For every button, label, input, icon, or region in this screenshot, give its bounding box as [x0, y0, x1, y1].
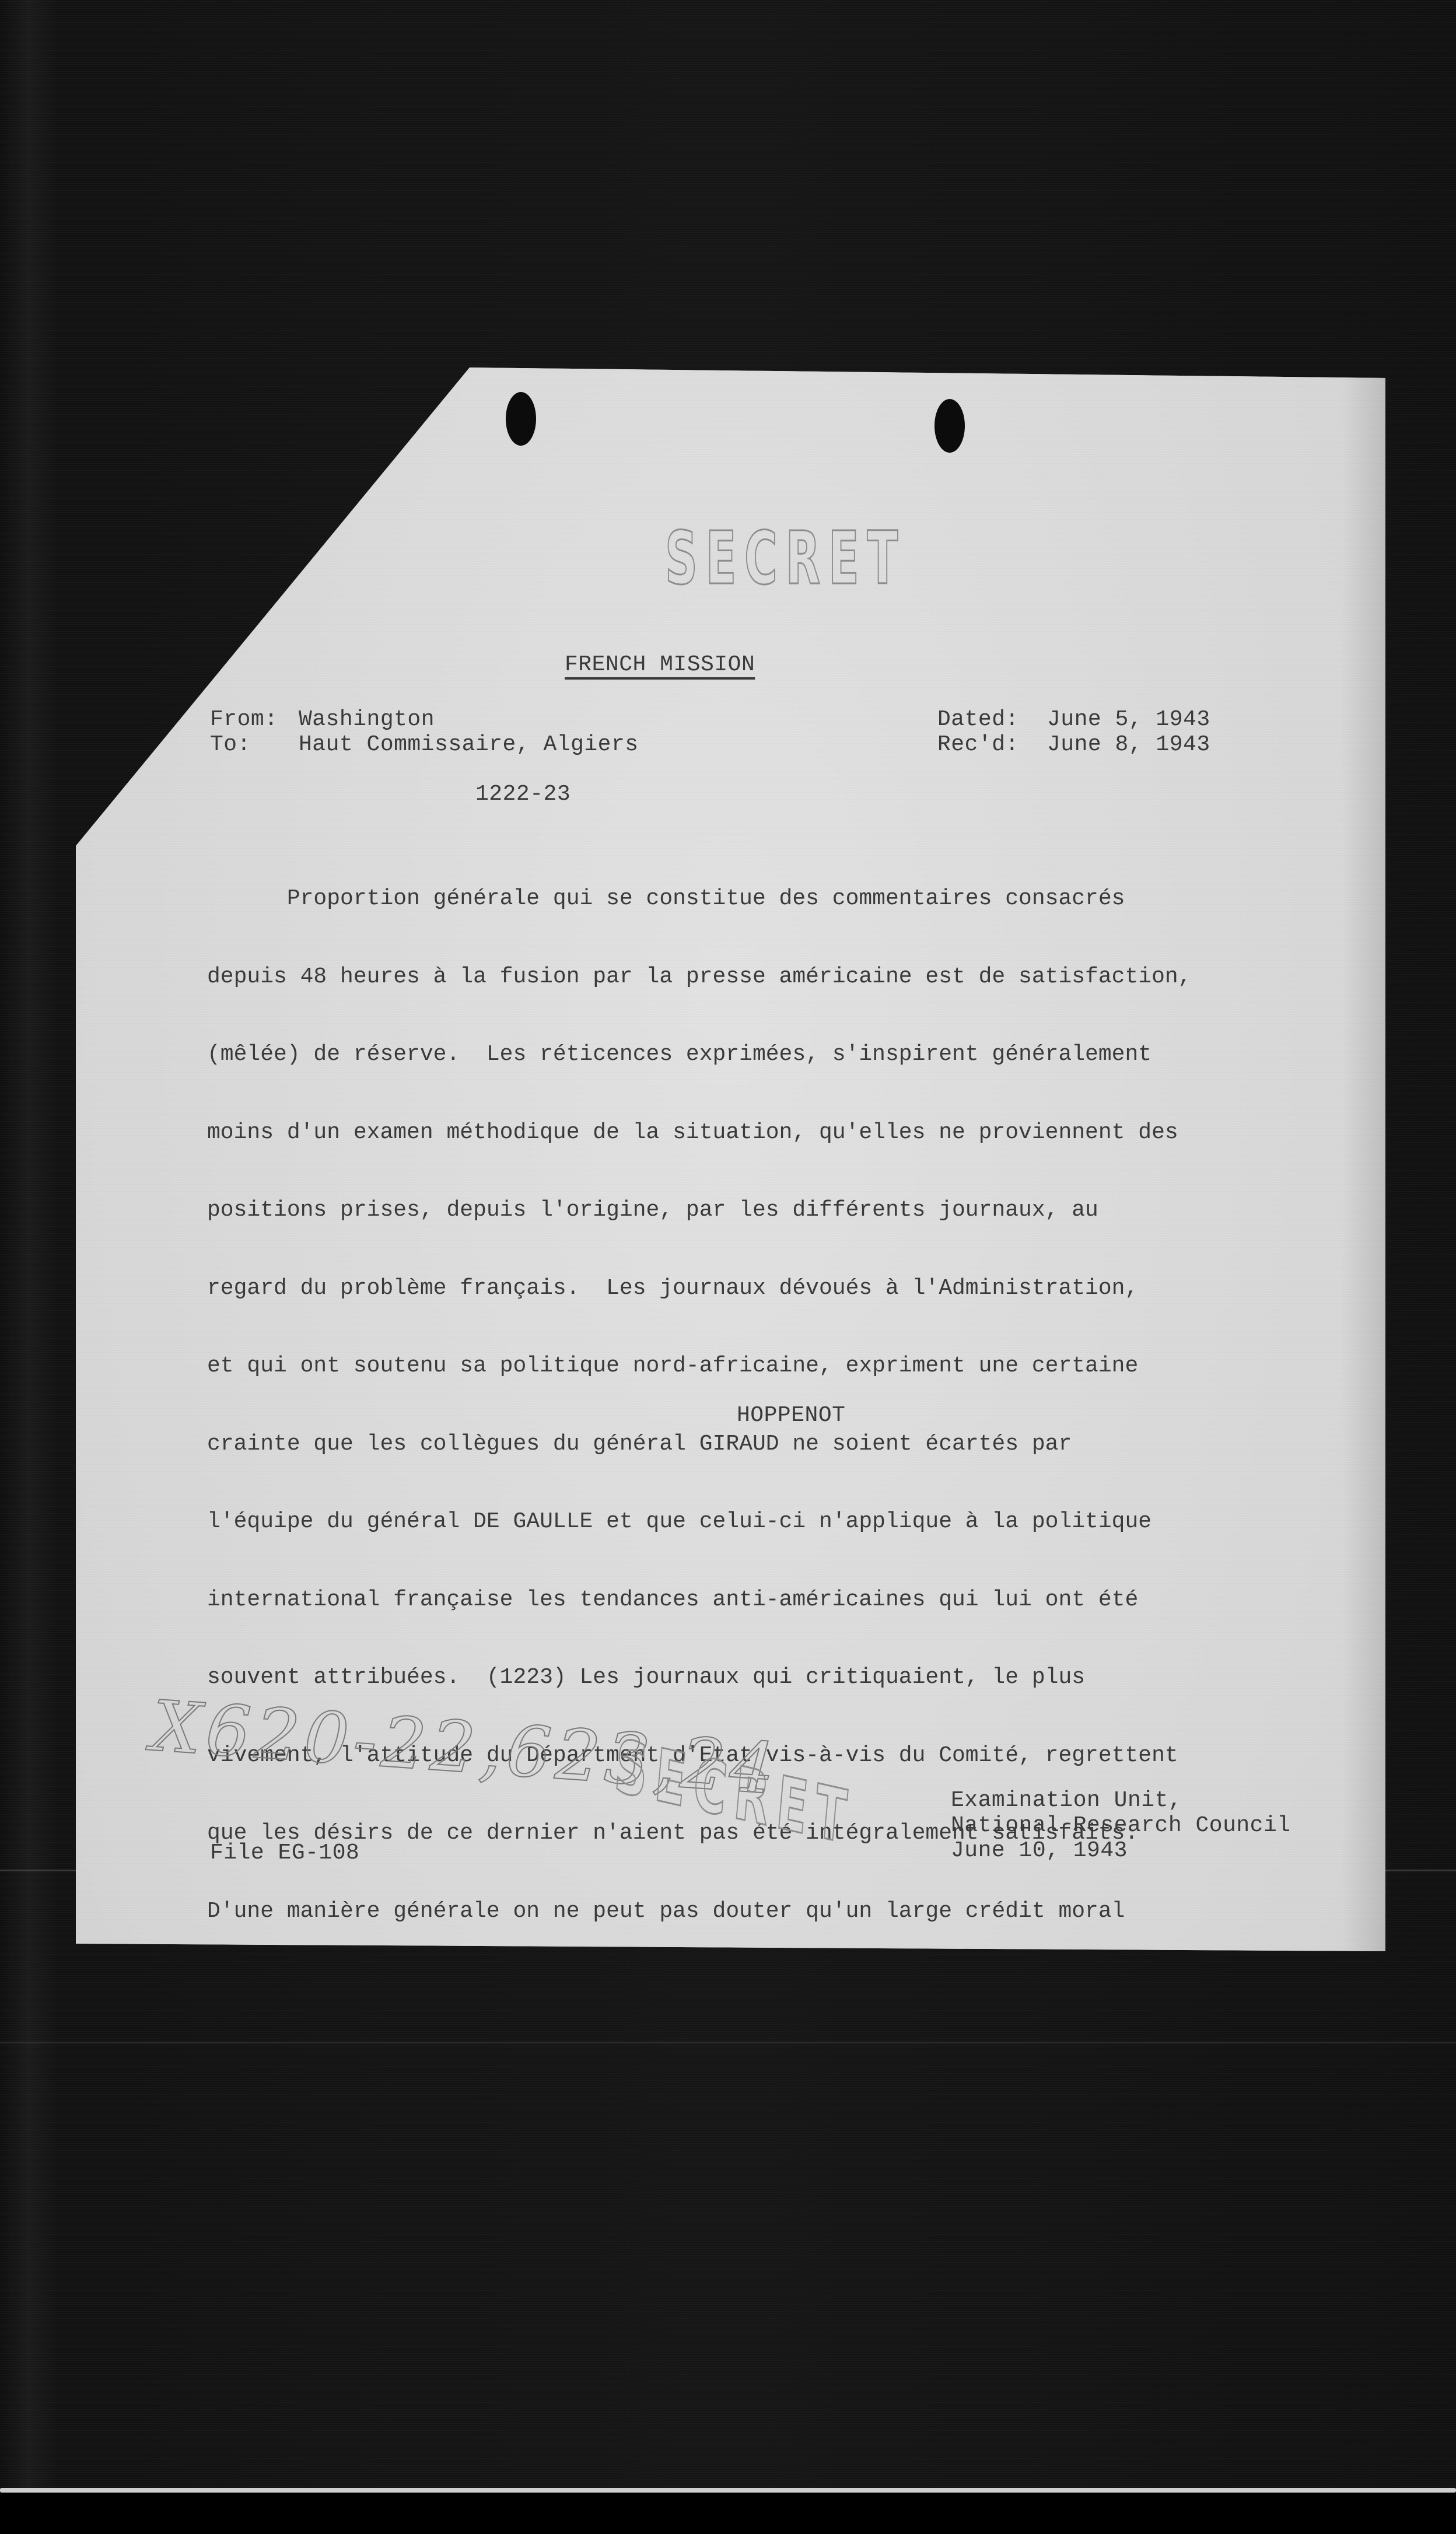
body-line: positions prises, depuis l'origine, par … [207, 1198, 1191, 1224]
body-line: depuis 48 heures à la fusion par la pres… [207, 964, 1191, 991]
to-label: To: [210, 732, 251, 757]
received-value: June 8, 1943 [1047, 732, 1210, 757]
from-value: Washington [299, 707, 435, 732]
body-line: (mêlée) de réserve. Les réticences expri… [207, 1042, 1191, 1068]
message-number: 1222-23 [475, 782, 570, 807]
body-line: l'équipe du général DE GAULLE et que cel… [207, 1509, 1191, 1535]
examination-unit-line2: National Research Council [951, 1813, 1291, 1838]
body-line: Proportion générale qui se constitue des… [207, 886, 1191, 912]
examination-unit-date: June 10, 1943 [951, 1838, 1128, 1863]
body-line: D'une manière générale on ne peut pas do… [207, 1899, 1191, 1925]
signature: HOPPENOT [737, 1403, 845, 1428]
body-line: international française les tendances an… [207, 1587, 1191, 1613]
film-edge [0, 2488, 1456, 2493]
examination-unit-line1: Examination Unit, [951, 1788, 1182, 1813]
body-line: regard du problème français. Les journau… [207, 1276, 1191, 1302]
body-line: crainte que les collègues du général GIR… [207, 1431, 1191, 1458]
film-margin [0, 2493, 1456, 2534]
film-scratch [0, 2042, 1456, 2043]
punch-hole-icon [935, 399, 965, 453]
body-line: souvent attribuées. (1223) Les journaux … [207, 1665, 1191, 1691]
document-heading: FRENCH MISSION [565, 652, 755, 677]
from-label: From: [210, 707, 278, 732]
secret-stamp-top: SECRET [665, 522, 906, 595]
dated-value: June 5, 1943 [1047, 707, 1210, 732]
punch-hole-icon [506, 392, 536, 446]
to-value: Haut Commissaire, Algiers [299, 732, 639, 757]
file-number: File EG-108 [210, 1840, 359, 1866]
body-line: moins d'un examen méthodique de la situa… [207, 1120, 1191, 1146]
body-line: et qui ont soutenu sa politique nord-afr… [207, 1353, 1191, 1380]
page-edge-shadow [1342, 373, 1388, 1954]
dated-label: Dated: [937, 707, 1019, 732]
received-label: Rec'd: [937, 732, 1019, 757]
